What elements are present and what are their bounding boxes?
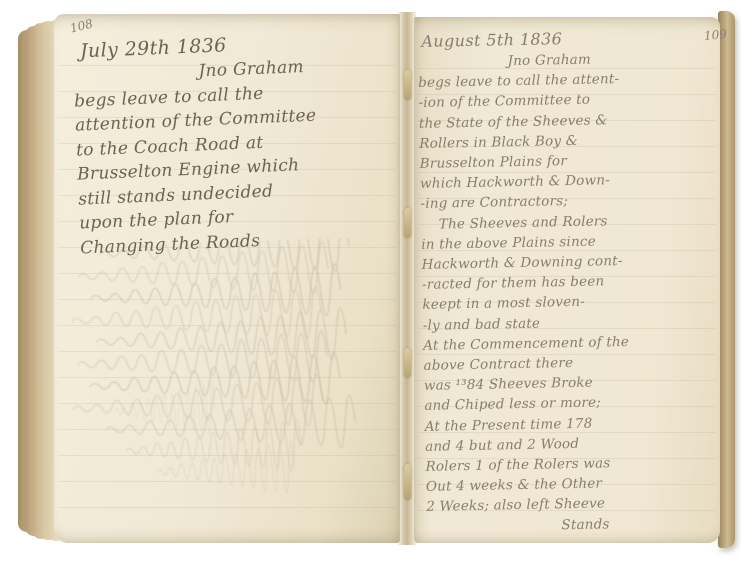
bleedthrough-writing bbox=[59, 236, 393, 542]
entry-left: July 29th 1836 Jno Grahambegs leave to c… bbox=[71, 25, 396, 260]
stitch-mark bbox=[404, 208, 411, 238]
book-gutter bbox=[398, 12, 416, 545]
stitch-mark bbox=[404, 348, 411, 378]
handwriting-block-left: Jno Grahambegs leave to call theattentio… bbox=[73, 51, 397, 260]
stitch-mark bbox=[404, 464, 411, 500]
stitch-mark bbox=[404, 70, 411, 100]
notebook-photo: 108 109 July 29th 1836 Jno Grahambegs bbox=[0, 0, 741, 576]
handwriting-block-right: Jno Grahambegs leave to call the attent-… bbox=[418, 47, 727, 538]
entry-right: August 5th 1836 Jno Grahambegs leave to … bbox=[417, 25, 727, 538]
open-notebook: 108 109 July 29th 1836 Jno Grahambegs bbox=[18, 8, 722, 548]
